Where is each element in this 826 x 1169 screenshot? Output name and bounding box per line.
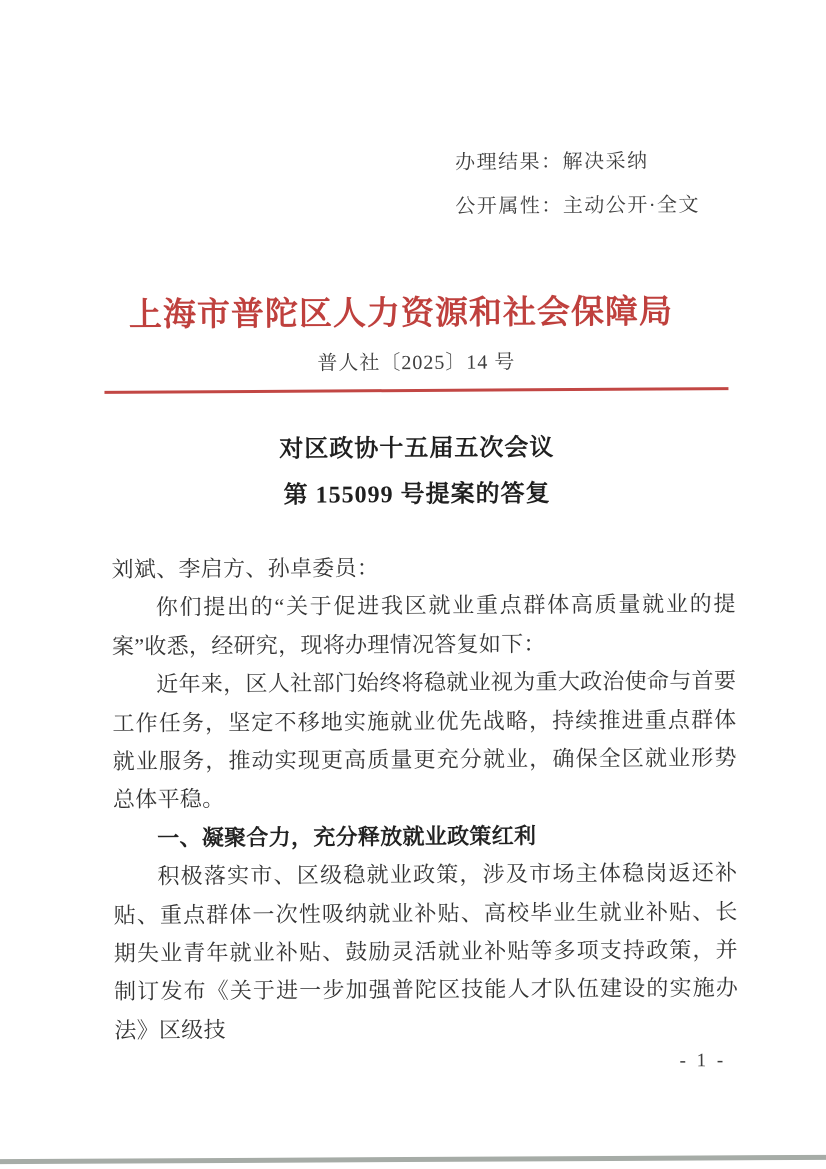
issuing-authority-title: 上海市普陀区人力资源和社会保障局	[0, 285, 814, 337]
paragraph-section-1: 积极落实市、区级稳就业政策，涉及市场主体稳岗返还补贴、重点群体一次性吸纳就业补贴…	[113, 854, 738, 1050]
letterhead-red-divider	[104, 387, 728, 394]
page-number: - 1 -	[679, 1050, 726, 1072]
paragraph-overview: 近年来，区人社部门始终将稳就业视为重大政治使命与首要工作任务，坚定不移地实施就业…	[112, 662, 737, 819]
document-title-line2: 第 155099 号提案的答复	[4, 469, 826, 520]
document-title: 对区政协十五届五次会议 第 155099 号提案的答复	[4, 423, 826, 520]
document-body: 刘斌、李启方、孙卓委员： 你们提出的“关于促进我区就业重点群体高质量就业的提案”…	[111, 547, 738, 1050]
header-meta: 办理结果：解决采纳 公开属性：主动公开·全文	[455, 139, 700, 228]
document-reference-number: 普人社〔2025〕14 号	[3, 343, 826, 377]
paragraph-proposal-received: 你们提出的“关于促进我区就业重点群体高质量就业的提案”收悉，经研究，现将办理情况…	[112, 585, 736, 666]
document-title-line1: 对区政协十五届五次会议	[4, 423, 826, 474]
scanned-document-page: 办理结果：解决采纳 公开属性：主动公开·全文 上海市普陀区人力资源和社会保障局 …	[0, 0, 826, 1169]
handling-result-line: 办理结果：解决采纳	[455, 139, 700, 184]
salutation: 刘斌、李启方、孙卓委员：	[111, 547, 735, 589]
section-heading-1: 一、凝聚合力，充分释放就业政策红利	[113, 816, 737, 858]
scan-tilt-wrapper: 办理结果：解决采纳 公开属性：主动公开·全文 上海市普陀区人力资源和社会保障局 …	[0, 0, 826, 1169]
publicity-attribute-line: 公开属性：主动公开·全文	[455, 183, 700, 228]
